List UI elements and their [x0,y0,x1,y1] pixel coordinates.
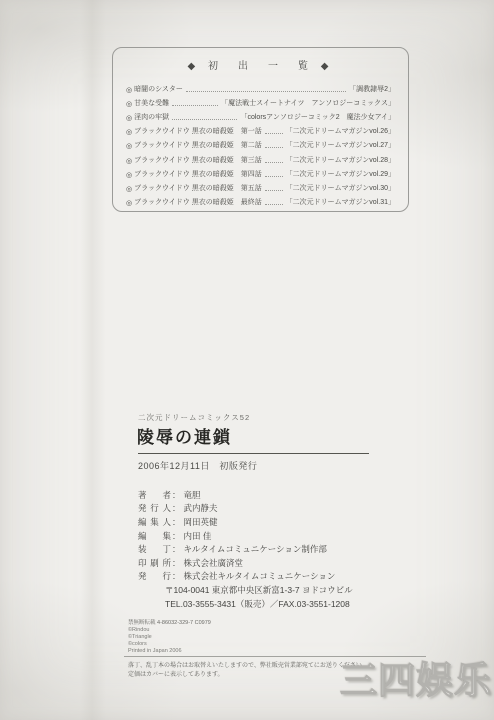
watermark: 三四娱乐 [340,650,492,704]
dotted-leader-line [265,162,283,163]
dotted-leader-line [265,147,283,148]
reprint-item-source: 「colorsアンソロジーコミック2 魔法少女アイ」 [240,112,395,122]
credit-colon: ： [172,543,181,555]
reprint-item: ◎ ブラックウイドウ 黒衣の暗殺姫 第二話 「二次元ドリームマガジンvol.27… [126,136,395,150]
credit-value: 岡田英健 [184,516,218,528]
credit-row-editor: 編集：内田 佳 [138,529,353,543]
reprint-item: ◎ 暗闇のシスター 「調教隷辱2」 [126,80,395,94]
credit-colon: ： [172,489,181,501]
credit-row-printer: 印刷所：株式会社廣済堂 [138,556,353,570]
notice-block: 落丁、乱丁本の場合はお取替えいたしますので、弊社販売営業部宛てにお送りください。… [128,662,368,679]
publisher-phone: TEL.03-3555-3431（販売）／FAX.03-3551-1208 [138,597,353,611]
publisher-address: 〒104-0041 東京都中央区新富1-3-7 ヨドコウビル [138,583,353,597]
credit-label: 発行人 [138,502,171,514]
reprint-item-source: 「二次元ドリームマガジンvol.29」 [286,169,395,179]
credits-list: 著者：竜胆 発行人：武内静夫 編集人：岡田英健 編集：内田 佳 装丁：キルタイム… [138,488,353,610]
credit-value: 内田 佳 [184,530,212,542]
credit-label: 印刷所 [138,557,171,569]
circle-bullet-icon: ◎ [126,86,132,94]
reprint-item-source: 「二次元ドリームマガジンvol.30」 [286,183,395,193]
edition-date: 2006年12月11日 初版発行 [138,459,257,472]
reprint-item-source: 「二次元ドリームマガジンvol.27」 [286,140,395,150]
reprint-item-source: 「二次元ドリームマガジンvol.26」 [286,126,395,136]
dotted-leader-line [172,119,237,120]
credit-colon: ： [172,516,181,528]
credit-label: 編集 [138,530,171,542]
reprint-item-title: 暗闇のシスター [134,84,183,94]
circle-bullet-icon: ◎ [126,114,132,122]
circle-bullet-icon: ◎ [126,185,132,193]
credit-colon: ： [172,530,181,542]
reprint-item: ◎ 甘美な受難 「魔法戦士スイートナイツ アンソロジーコミックス」 [126,94,395,108]
credit-value: キルタイムコミュニケーション制作部 [184,543,327,555]
reprint-item: ◎ ブラックウイドウ 黒衣の暗殺姫 第一話 「二次元ドリームマガジンvol.26… [126,122,395,136]
credit-label: 編集人 [138,516,171,528]
credit-row-chief-editor: 編集人：岡田英健 [138,515,353,529]
credit-value: 武内静夫 [184,502,218,514]
credit-value: 竜胆 [184,489,201,501]
reprint-item-title: ブラックウイドウ 黒衣の暗殺姫 第三話 [134,155,262,165]
reprint-item-source: 「二次元ドリームマガジンvol.31」 [286,197,395,207]
credit-colon: ： [172,557,181,569]
credit-label: 発行 [138,570,171,582]
dotted-leader-line [265,133,283,134]
circle-bullet-icon: ◎ [126,171,132,179]
notice-line: 落丁、乱丁本の場合はお取替えいたしますので、弊社販売営業部宛てにお送りください。 [128,662,368,671]
notice-line: 定価はカバーに表示してあります。 [128,671,368,680]
first-publication-box: ◆ 初 出 一 覧 ◆ ◎ 暗闇のシスター 「調教隷辱2」 ◎ 甘美な受難 「魔… [112,47,409,212]
copyright-line: ©Triangle [128,634,211,641]
reprint-item: ◎ 淫肉の牢獄 「colorsアンソロジーコミック2 魔法少女アイ」 [126,108,395,122]
dotted-leader-line [186,91,346,92]
title-divider [138,453,369,454]
reprint-item-title: ブラックウイドウ 黒衣の暗殺姫 第二話 [134,140,262,150]
reprint-item-source: 「調教隷辱2」 [349,84,395,94]
reprint-item-title: 甘美な受難 [134,98,169,108]
legal-block: 禁無断転載 4-86032-329-7 C0979 ©Rindou ©Trian… [128,620,211,655]
reprint-item: ◎ ブラックウイドウ 黒衣の暗殺姫 第三話 「二次元ドリームマガジンvol.28… [126,150,395,164]
circle-bullet-icon: ◎ [126,100,132,108]
credit-row-publisher-person: 発行人：武内静夫 [138,502,353,516]
colophon-page: ◆ 初 出 一 覧 ◆ ◎ 暗闇のシスター 「調教隷辱2」 ◎ 甘美な受難 「魔… [0,0,494,720]
series-label: 二次元ドリームコミックス52 [138,412,250,423]
reprint-item: ◎ ブラックウイドウ 黒衣の暗殺姫 第五話 「二次元ドリームマガジンvol.30… [126,179,395,193]
dotted-leader-line [265,204,283,205]
credit-value: 株式会社キルタイムコミュニケーション [184,570,336,582]
printed-in-japan-line: Printed in Japan 2006 [128,648,211,655]
credit-row-design: 装丁：キルタイムコミュニケーション制作部 [138,542,353,556]
circle-bullet-icon: ◎ [126,157,132,165]
reprint-item-title: ブラックウイドウ 黒衣の暗殺姫 第一話 [134,126,262,136]
credit-value: 株式会社廣済堂 [184,557,244,569]
copyright-line: ©Rindou [128,627,211,634]
isbn-line: 禁無断転載 4-86032-329-7 C0979 [128,620,211,627]
credit-row-publisher: 発行：株式会社キルタイムコミュニケーション [138,570,353,584]
reprint-item: ◎ ブラックウイドウ 黒衣の暗殺姫 最終話 「二次元ドリームマガジンvol.31… [126,193,395,207]
first-publication-header: ◆ 初 出 一 覧 ◆ [126,57,395,72]
reprint-item-title: ブラックウイドウ 黒衣の暗殺姫 最終話 [134,197,262,207]
reprint-item-title: ブラックウイドウ 黒衣の暗殺姫 第四話 [134,169,262,179]
credit-row-author: 著者：竜胆 [138,488,353,502]
reprint-item: ◎ ブラックウイドウ 黒衣の暗殺姫 第四話 「二次元ドリームマガジンvol.29… [126,165,395,179]
credit-label: 著者 [138,489,171,501]
reprint-item-title: ブラックウイドウ 黒衣の暗殺姫 第五話 [134,183,262,193]
dotted-leader-line [172,105,218,106]
reprint-item-title: 淫肉の牢獄 [134,112,169,122]
circle-bullet-icon: ◎ [126,199,132,207]
credit-label: 装丁 [138,543,171,555]
reprint-item-source: 「二次元ドリームマガジンvol.28」 [286,155,395,165]
credit-colon: ： [172,502,181,514]
dotted-leader-line [265,176,283,177]
credit-colon: ： [172,570,181,582]
copyright-line: ©colors [128,641,211,648]
dotted-leader-line [265,190,283,191]
page-title: 陵辱の連鎖 [137,423,232,448]
reprint-item-source: 「魔法戦士スイートナイツ アンソロジーコミックス」 [221,98,395,108]
circle-bullet-icon: ◎ [126,128,132,136]
circle-bullet-icon: ◎ [126,142,132,150]
